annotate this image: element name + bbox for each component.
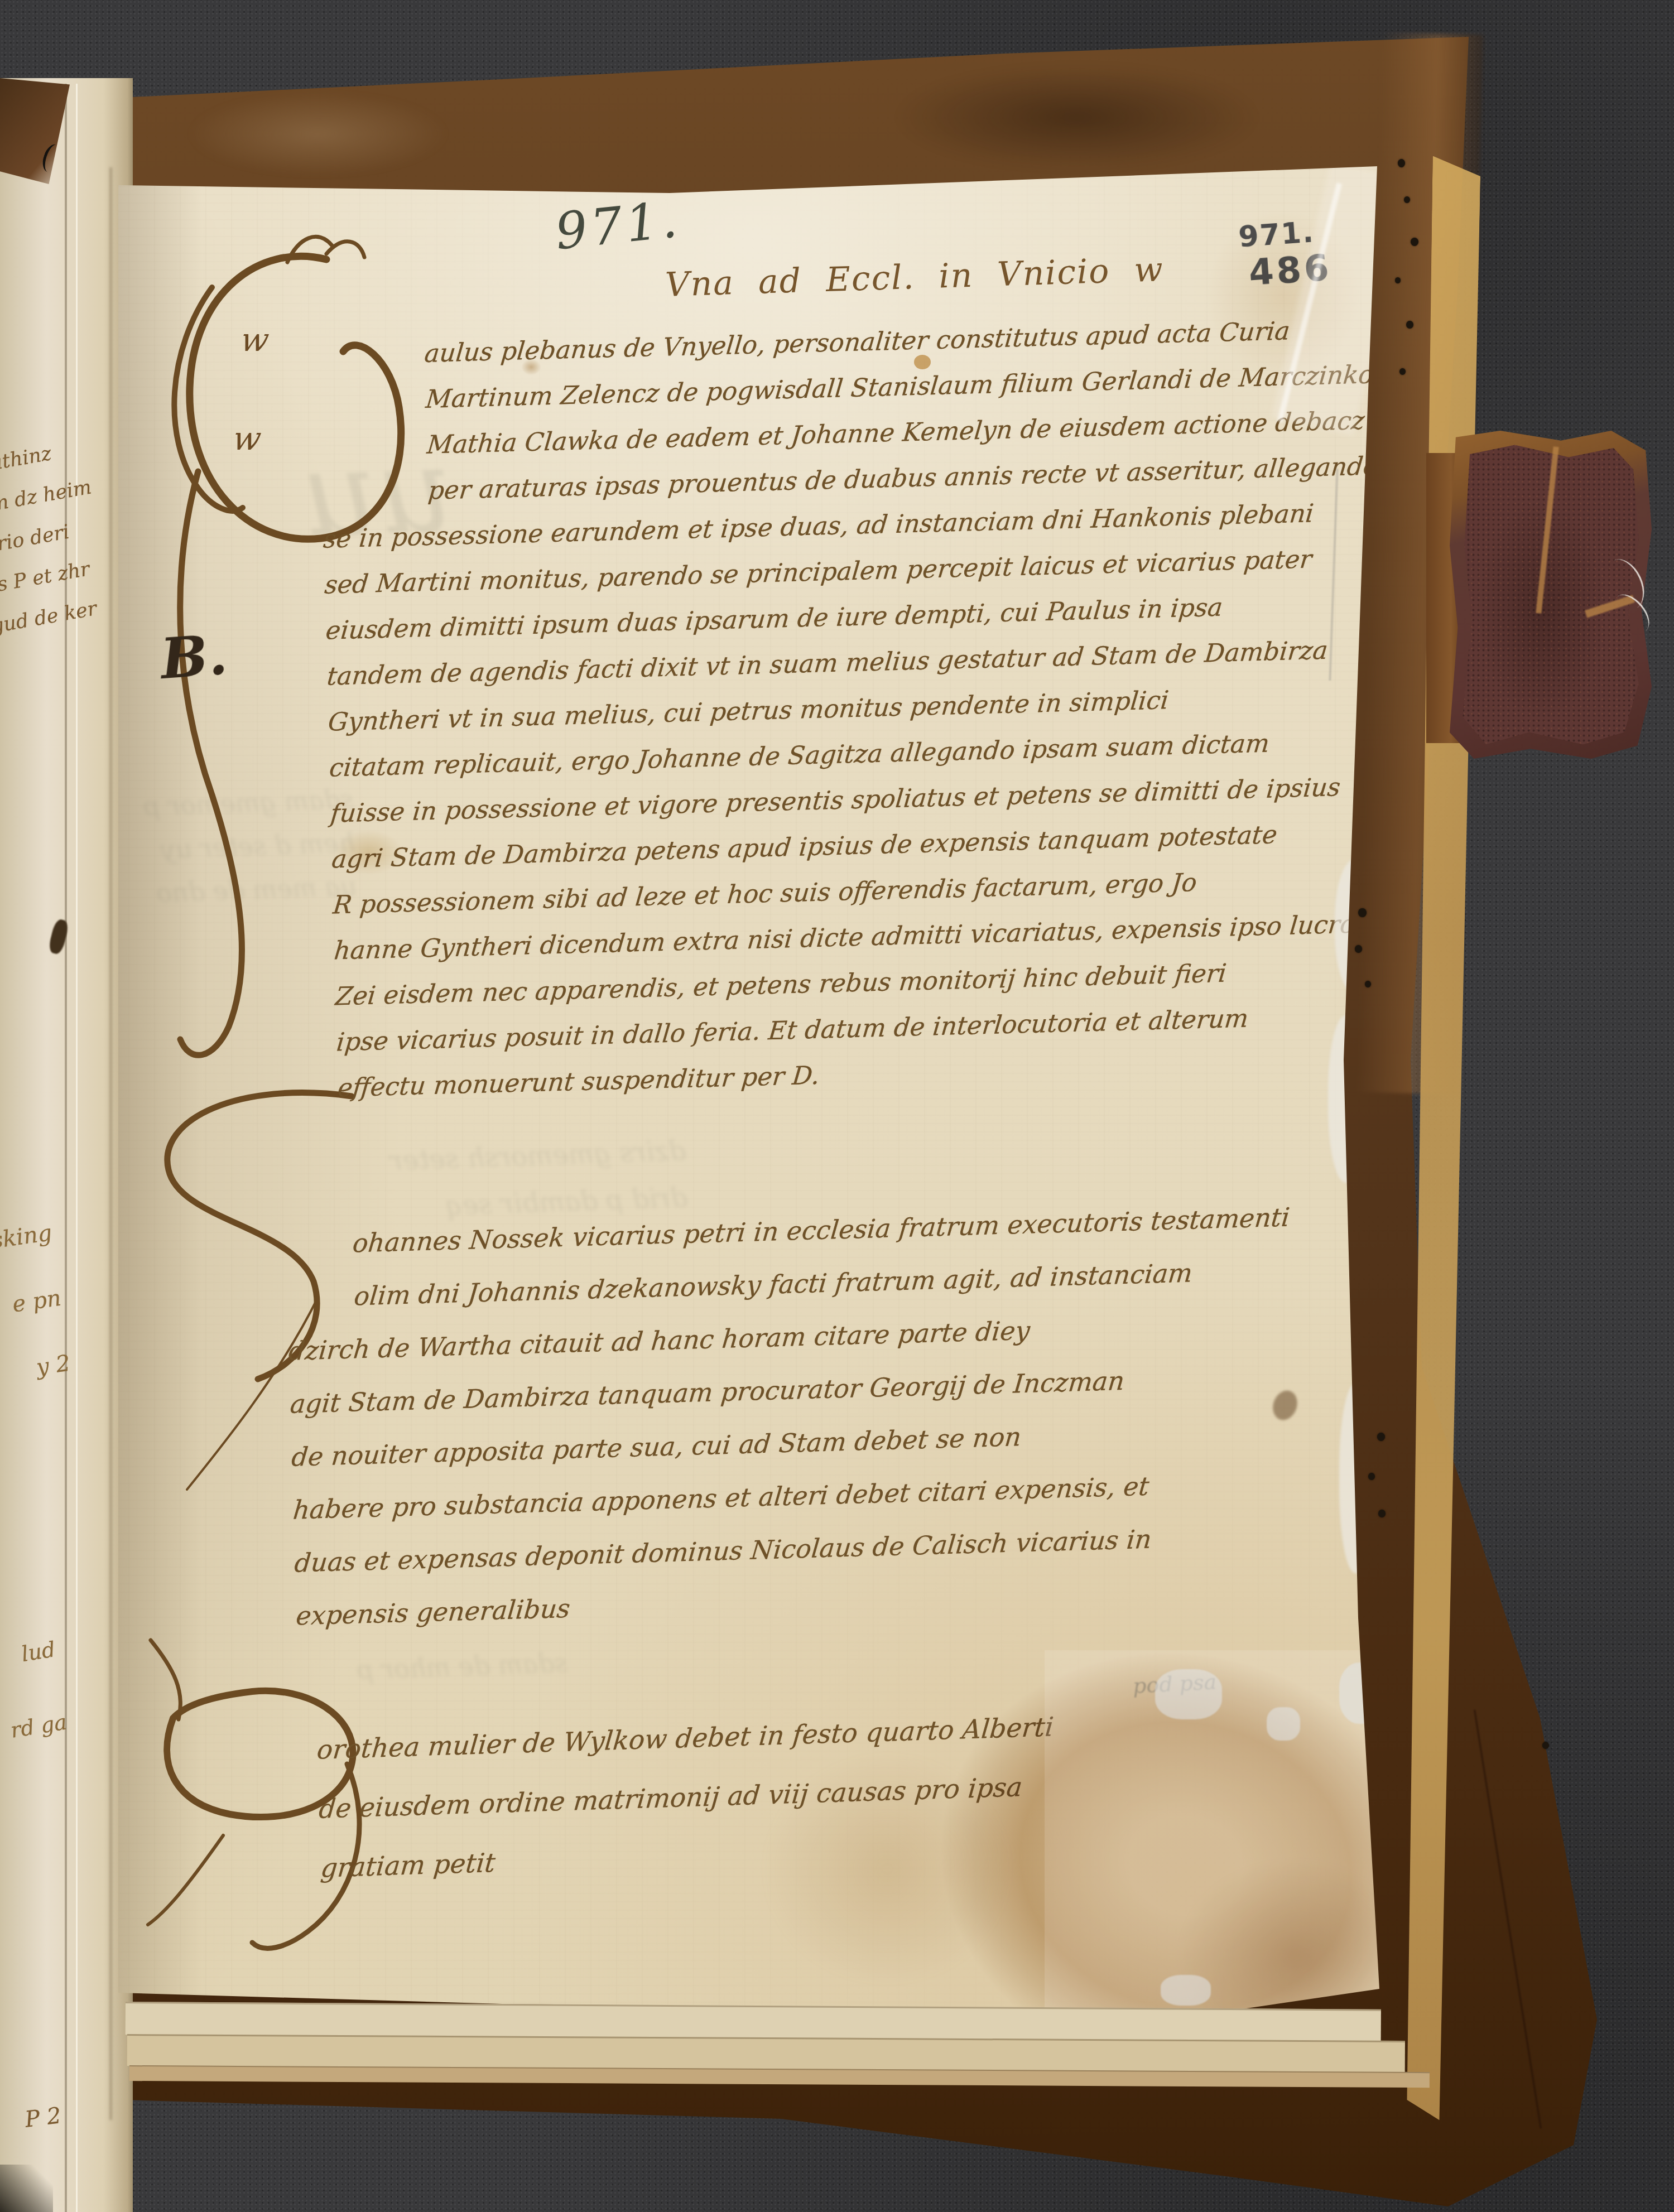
bleedthrough-line: sdam de mhor p	[357, 1647, 568, 1685]
cover-dark-patch	[826, 45, 1328, 190]
worm-hole	[1365, 981, 1371, 987]
silver-patch	[1267, 1707, 1300, 1741]
flourish-stroke	[148, 1835, 223, 1925]
worm-hole	[1368, 1473, 1375, 1480]
stain-spot	[519, 357, 543, 377]
flourish-stroke	[180, 471, 242, 1055]
worm-hole	[1542, 1742, 1549, 1749]
worm-hole	[1378, 1510, 1386, 1517]
worm-hole	[1358, 908, 1367, 917]
cover-worn-patch	[145, 78, 491, 190]
archival-photo: athinzheim dz heime prio derinys P et zh…	[0, 0, 1674, 2212]
entry-2-text: ohannes Nossek vicarius petri in ecclesi…	[282, 1189, 1381, 1643]
initial-inner-mark: w	[230, 420, 263, 457]
worm-hole	[1395, 277, 1401, 283]
stain-spot	[914, 355, 931, 369]
entry-heading: Vna ad Eccl. in Vnicio w	[665, 250, 1165, 305]
worm-hole	[1355, 945, 1362, 953]
leaf-fragment-line: P 2	[0, 2083, 65, 2158]
leaf-edge-line	[109, 167, 112, 2120]
worm-hole	[1406, 321, 1413, 329]
initial-inner-mark: w	[238, 321, 271, 359]
bleedthrough-text: sdam de mhor p	[357, 1647, 568, 1685]
stain-spot	[327, 825, 411, 880]
entry-1-text: aulus plebanus de Vnyello, personaliter …	[315, 306, 1396, 1111]
bottom-left-shadow	[0, 2165, 53, 2212]
leaf-fragment-line: y 2	[0, 1331, 75, 1408]
leaf-fragment-line: sking	[0, 1200, 56, 1277]
worm-hole	[1398, 159, 1405, 167]
silver-patch	[1155, 1669, 1222, 1719]
leaf-fragment-line: e pn	[0, 1265, 65, 1342]
leaf-fragment-group: P 2	[0, 2083, 65, 2158]
worm-hole	[1404, 196, 1410, 203]
leaf-fragment-line: rd ga	[0, 1685, 73, 1770]
leaf-edge-line	[76, 84, 78, 2212]
worm-hole	[1399, 368, 1406, 375]
stain	[731, 1724, 1043, 2014]
folio-number-ink: 971.	[552, 190, 683, 262]
worm-hole	[1411, 238, 1418, 246]
leaf-edge-line	[65, 84, 67, 2212]
silver-patch	[1161, 1975, 1211, 2006]
margin-letter: B.	[158, 621, 229, 692]
flourish-stroke	[151, 1640, 180, 1719]
worm-hole	[1377, 1433, 1385, 1441]
